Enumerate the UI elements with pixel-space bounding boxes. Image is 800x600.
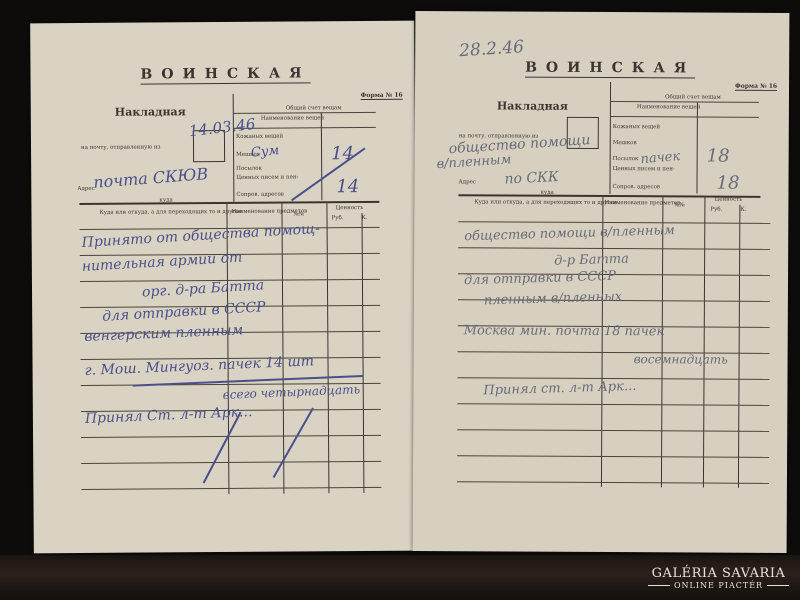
column-line [661, 197, 664, 487]
column-line [703, 198, 706, 488]
form-subtitle: Накладная [115, 105, 186, 118]
col1-header: Куда или откуда, а для переходящих то и … [474, 199, 617, 206]
divider [609, 82, 611, 194]
gallery-watermark: GALÉRIA SAVARIA ONLINE PIACTÉR [648, 566, 789, 590]
col2-header: Наименование предметов [604, 200, 680, 206]
handwritten-parcels-note: пачек [640, 149, 681, 167]
handwritten-bags-value: 14 [331, 143, 354, 164]
column-line [281, 204, 284, 494]
col4-header: Ценность [714, 197, 742, 203]
rule [611, 101, 759, 103]
rule [81, 461, 381, 464]
divider [321, 112, 323, 200]
divider [696, 101, 697, 193]
rule [81, 487, 381, 490]
handwritten-total-value: 14 [336, 176, 359, 197]
row-escort: Сопров. адресов [236, 192, 284, 198]
signature-stroke [273, 407, 314, 477]
handwritten-line: нительная армии от [81, 249, 242, 275]
handwritten-line: Москва мин. почта 18 пачек [464, 323, 665, 339]
handwritten-bags-note: Сум [250, 143, 280, 161]
rule [457, 455, 769, 458]
rule [81, 435, 381, 438]
column-line [738, 205, 740, 488]
column-line [361, 213, 364, 493]
handwritten-line: для отправки в СССР [102, 299, 266, 325]
handwritten-line: венгерским пленным [84, 322, 243, 345]
handwritten-address: почта СКЮВ [93, 164, 209, 192]
row-escort: Сопров. адресов [612, 184, 660, 190]
rule [458, 221, 770, 224]
row-parcels: Посылок [236, 166, 262, 172]
right-waybill-form: ВОИНСКАЯ Форма № 16 Накладная на почту, … [413, 11, 790, 553]
address-label: Адрес [459, 179, 476, 185]
handwritten-line: для отправки в СССР [464, 269, 616, 289]
address-label: Адрес [77, 186, 94, 192]
divider [767, 585, 789, 586]
handwritten-line: восемнадцать [634, 352, 728, 366]
col3-header: №№ [293, 211, 303, 217]
rule [457, 429, 769, 432]
handwritten-line: всего четырнадцать [222, 382, 360, 402]
rub-header: Руб. [710, 207, 722, 213]
rule [79, 201, 379, 205]
column-line [226, 204, 229, 494]
rule [458, 247, 770, 250]
handwritten-total-value: 18 [716, 173, 739, 194]
item-name-header: Наименование вещей [637, 104, 700, 110]
form-subtitle: Накладная [497, 99, 568, 112]
handwritten-date: 28.2.46 [459, 37, 525, 61]
rule [457, 403, 769, 406]
rule [611, 116, 759, 118]
rub-header: Руб. [332, 215, 344, 221]
item-name-header: Наименование вещей [261, 115, 324, 121]
row-valuables: Ценных писем и пен- [613, 166, 675, 172]
col3-header: №№ [674, 202, 684, 208]
handwritten-parcels-value: 18 [707, 146, 730, 167]
row-bags: Мешков [613, 140, 637, 146]
handwritten-sender-2: в/пленным [436, 152, 512, 172]
sent-label: на почту, отправленную из [81, 144, 161, 151]
left-waybill-form: ВОИНСКАЯ Форма № 16 Накладная на почту, … [30, 21, 418, 554]
col4-header: Ценность [335, 205, 363, 211]
form-title: ВОИНСКАЯ [525, 60, 695, 79]
rule [234, 112, 376, 114]
divider [233, 94, 235, 202]
general-count-label: Общий счет вещам [286, 105, 342, 111]
handwritten-signature-line: Принял ст. л-т Арк... [483, 379, 636, 399]
row-parcels: Посылок [613, 156, 639, 162]
handwritten-line: г. Мош. Мингуоз. пачек 14 шт [84, 353, 314, 379]
col1-header: Куда или откуда, а для переходящих то и … [99, 209, 242, 216]
watermark-title: GALÉRIA SAVARIA [648, 566, 789, 581]
form-number: Форма № 16 [735, 83, 777, 91]
divider [648, 585, 670, 586]
column-line [326, 203, 329, 493]
rule [457, 481, 769, 484]
handwritten-line: д-р Батта [554, 252, 629, 269]
general-count-label: Общий счет вещам [665, 94, 721, 100]
row-leather: Кожаных вещей [613, 124, 660, 130]
kop-header: К. [740, 207, 746, 213]
row-valuables: Ценных писем и пен- [236, 174, 298, 180]
form-number: Форма № 16 [361, 92, 403, 100]
watermark-subtitle-row: ONLINE PIACTÉR [648, 581, 789, 590]
form-title: ВОИНСКАЯ [140, 65, 310, 84]
column-line [601, 197, 604, 487]
signature-stroke [203, 412, 241, 484]
watermark-subtitle: ONLINE PIACTÉR [674, 581, 763, 590]
handwritten-line: Принято от общества помощ- [81, 221, 320, 251]
row-leather: Кожаных вещей [236, 134, 283, 140]
handwritten-line: общество помощи в/пленным [464, 223, 675, 244]
handwritten-address: по СКК [504, 169, 559, 188]
